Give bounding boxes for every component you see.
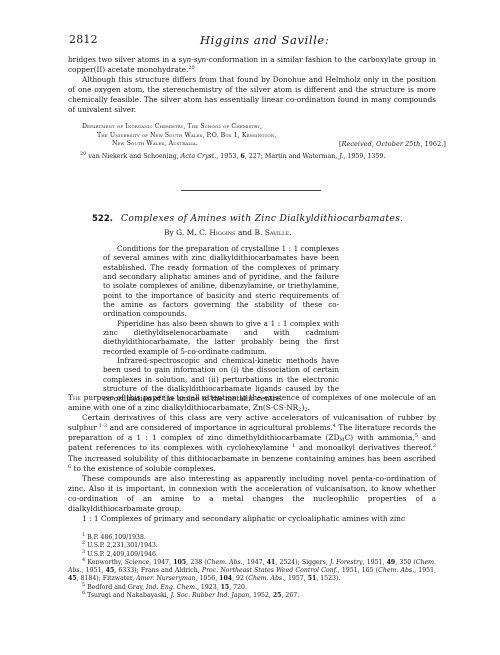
article-title: 522.Complexes of Amines with Zinc Dialky… — [92, 213, 403, 224]
text: , 8184); Fitzwater, — [77, 575, 137, 582]
paragraph: Certain derivatives of this class are ve… — [68, 413, 436, 474]
text: , 1951, — [363, 559, 387, 566]
footnote-text: U.S.P. 2,231,301/1943. — [85, 542, 158, 549]
received-label: Received, October 25th, — [342, 140, 423, 148]
text: . — [308, 403, 310, 412]
volume: 49 — [387, 559, 396, 566]
paragraph: bridges two silver atoms in a syn-syn-co… — [68, 55, 436, 75]
text: , 1951, — [414, 567, 436, 574]
text: and are considered of importance in agri… — [107, 423, 333, 432]
text: , 1956, — [196, 575, 220, 582]
footnote-6: 6 Tsurugi and Nakabayaski, J. Soc. Rubbe… — [68, 592, 436, 600]
section-divider — [181, 190, 321, 191]
text: Tsurugi and Nakabayaski, — [85, 592, 170, 599]
author-name: Saville — [265, 228, 289, 237]
text: , 1947, — [149, 559, 173, 566]
footnote-3: 3 U.S.P. 2,409,109/1946. — [68, 551, 436, 559]
journal: Ind. Eng. Chem. — [146, 584, 197, 591]
text: , 1952, — [249, 592, 273, 599]
text: , 350 ( — [395, 559, 416, 566]
text: and B. — [236, 228, 265, 237]
text: , 1953, — [216, 153, 240, 160]
journal: J. Forestry — [330, 559, 363, 566]
author-name: Higgins — [209, 228, 235, 237]
text: Kenworthy, — [85, 559, 125, 566]
abstract-paragraph: Conditions for the preparation of crysta… — [103, 244, 339, 319]
byline: By G. M. C. Higgins and B. Saville. — [164, 228, 292, 237]
footnote-ref[interactable]: 1-3 — [99, 423, 107, 429]
text: van Niekerk and Schoening, — [86, 153, 180, 160]
text: The increased solubility of this dithioc… — [68, 454, 436, 463]
footnotes: 1 B.P. 486,109/1938. 2 U.S.P. 2,231,301/… — [68, 534, 436, 600]
address-line-1: Department of Inorganic Chemistry, The S… — [82, 123, 412, 132]
text: , 720. — [229, 584, 247, 591]
journal: J. Soc. Rubber Ind. Japan — [171, 592, 250, 599]
text: . — [289, 228, 291, 237]
paragraph: Although this structure differs from tha… — [68, 75, 436, 115]
text: to the existence of soluble complexes. — [71, 464, 216, 473]
italic-text: syn-syn — [179, 55, 207, 64]
footnote-text: B.P. 486,109/1938. — [85, 534, 146, 541]
journal: Chem. Abs. — [248, 575, 284, 582]
text: , 227; Martin and Waterman, — [245, 153, 340, 160]
text: , 6333); Frans and Aldrich, — [114, 567, 202, 574]
text: , 1523). — [316, 575, 340, 582]
journal: Chem. Abs. — [378, 567, 414, 574]
journal: Amer. Nurseryman — [136, 575, 195, 582]
paragraph: The purpose of this paper is to call att… — [68, 393, 436, 413]
by-text: By G. M. C. — [164, 228, 207, 237]
journal: Acta Cryst. — [181, 153, 217, 160]
footnote-5: 5 Bedford and Gray, Ind. Eng. Chem., 192… — [68, 584, 436, 592]
text: , 1947, — [243, 559, 267, 566]
text: purpose of this paper is to call attenti… — [68, 393, 436, 412]
main-text: The purpose of this paper is to call att… — [68, 393, 436, 524]
received-year: 1962.] — [422, 140, 446, 148]
article-number: 522. — [92, 214, 113, 224]
journal: Science — [125, 559, 149, 566]
continued-text: bridges two silver atoms in a syn-syn-co… — [68, 55, 436, 116]
running-head: Higgins and Saville: — [200, 33, 329, 47]
footnote-ref[interactable]: 2 — [433, 443, 436, 449]
address-line-2: The University of New South Wales, P.O. … — [82, 132, 412, 141]
text: , 1951, 165 ( — [338, 567, 378, 574]
paragraph: 1 : 1 Complexes of primary and secondary… — [68, 514, 436, 524]
text: , 1957, — [284, 575, 308, 582]
journal: Chem. Abs. — [207, 559, 243, 566]
text: Bedford and Gray, — [85, 584, 146, 591]
lead-word: The — [68, 393, 81, 402]
received-date: [Received, October 25th, 1962.] — [339, 140, 446, 149]
page-number: 2812 — [69, 33, 98, 46]
text: , 2524); Siggers, — [275, 559, 330, 566]
footnote-ref[interactable]: 20 — [188, 65, 194, 71]
abstract: Conditions for the preparation of crysta… — [103, 244, 339, 403]
footnote-4: 4 Kenworthy, Science, 1947, 105, 238 (Ch… — [68, 559, 436, 584]
volume: 104 — [219, 575, 232, 582]
text: C) with ammonia, — [345, 433, 415, 442]
volume: 45 — [68, 575, 77, 582]
text: , 267. — [281, 592, 299, 599]
author-address: Department of Inorganic Chemistry, The S… — [82, 123, 412, 149]
abstract-paragraph: Piperidine has also been shown to give a… — [103, 319, 339, 356]
paragraph: These compounds are also interesting as … — [68, 474, 436, 514]
text: , 92 ( — [232, 575, 248, 582]
text: , 1951, — [82, 567, 106, 574]
volume: 105 — [173, 559, 186, 566]
text: , 1923, — [197, 584, 221, 591]
footnote-text: U.S.P. 2,409,109/1946. — [85, 551, 158, 558]
text: and monoalkyl derivatives thereof. — [295, 443, 433, 452]
footnote-2: 2 U.S.P. 2,231,301/1943. — [68, 542, 436, 550]
volume: 45 — [106, 567, 115, 574]
title-text: Complexes of Amines with Zinc Dialkyldit… — [121, 213, 403, 224]
text: , 1959, 1359. — [343, 153, 385, 160]
journal: Proc. Northeast States Weed Control Conf… — [202, 567, 338, 574]
volume: 15 — [221, 584, 230, 591]
previous-footnote: 20 van Niekerk and Schoening, Acta Cryst… — [80, 153, 385, 160]
text: bridges two silver atoms in a — [68, 55, 179, 64]
text: , 238 ( — [186, 559, 207, 566]
